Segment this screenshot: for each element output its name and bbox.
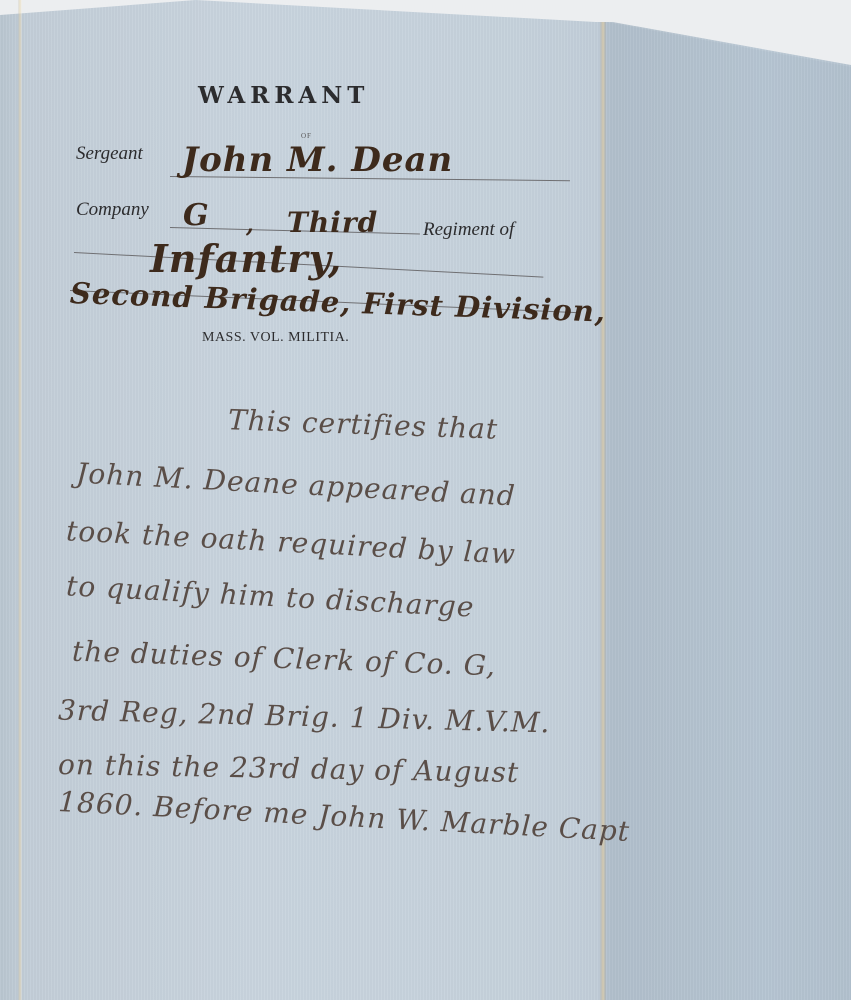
company-separator: , xyxy=(246,212,255,238)
folded-right-panel xyxy=(606,22,851,1000)
rank-label: Sergeant xyxy=(76,143,143,165)
fold-crease-left xyxy=(18,0,22,1000)
company-label: Company xyxy=(76,199,149,221)
company-value-handwritten: G xyxy=(183,198,210,233)
fold-crease-right xyxy=(600,22,606,1000)
militia-label: MASS. VOL. MILITIA. xyxy=(202,330,349,346)
regiment-label: Regiment of xyxy=(423,219,514,241)
regiment-number-handwritten: Third xyxy=(287,206,378,239)
warrant-title: WARRANT xyxy=(198,82,369,109)
rank-value-handwritten: John M. Dean xyxy=(182,140,453,180)
of-label: OF xyxy=(301,132,312,140)
branch-value-handwritten: Infantry, xyxy=(150,236,342,281)
